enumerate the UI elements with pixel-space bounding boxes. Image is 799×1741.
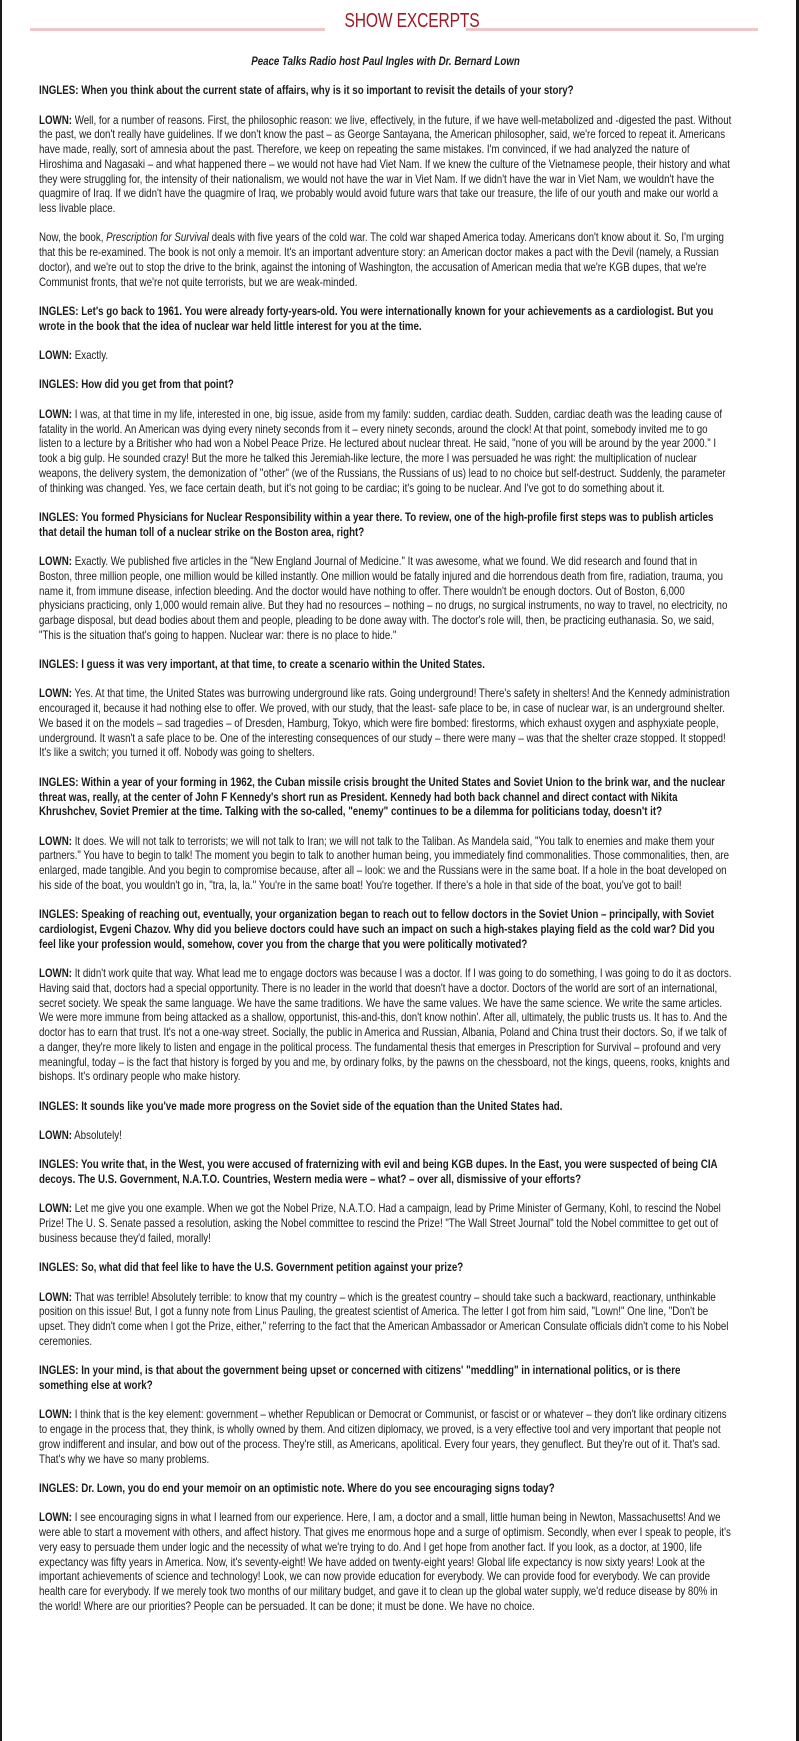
speaker-label-host: INGLES: <box>39 1364 79 1377</box>
host-question: INGLES: Let's go back to 1961. You were … <box>39 305 732 335</box>
speaker-label-guest: LOWN: <box>39 349 72 362</box>
speaker-label-guest: LOWN: <box>39 114 72 127</box>
speaker-label-guest: LOWN: <box>39 967 72 980</box>
interview-subtitle: Peace Talks Radio host Paul Ingles with … <box>39 55 732 70</box>
host-question: INGLES: Speaking of reaching out, eventu… <box>39 908 732 952</box>
host-question: INGLES: It sounds like you've made more … <box>39 1100 732 1115</box>
guest-answer-continued: Now, the book, Prescription for Survival… <box>39 231 732 290</box>
host-question: INGLES: You formed Physicians for Nuclea… <box>39 511 732 541</box>
host-question: INGLES: Within a year of your forming in… <box>39 776 732 820</box>
answer-text: Now, the book, <box>39 231 106 244</box>
guest-answer: LOWN: I see encouraging signs in what I … <box>39 1511 732 1614</box>
guest-answer: LOWN: It does. We will not talk to terro… <box>39 835 732 894</box>
question-text: Within a year of your forming in 1962, t… <box>39 776 725 819</box>
question-text: I guess it was very important, at that t… <box>79 658 485 671</box>
host-question: INGLES: I guess it was very important, a… <box>39 658 732 673</box>
guest-answer: LOWN: Absolutely! <box>39 1129 732 1144</box>
speaker-label-guest: LOWN: <box>39 1129 72 1142</box>
host-question: INGLES: Dr. Lown, you do end your memoir… <box>39 1482 732 1497</box>
speaker-label-host: INGLES: <box>39 776 79 789</box>
speaker-label-host: INGLES: <box>39 1482 79 1495</box>
answer-text: It didn't work quite that way. What lead… <box>39 967 731 1083</box>
question-text: You write that, in the West, you were ac… <box>39 1158 717 1186</box>
header-rule-left <box>30 28 325 31</box>
answer-text: Yes. At that time, the United States was… <box>39 687 730 759</box>
answer-text: Exactly. <box>72 349 108 362</box>
answer-text: That was terrible! Absolutely terrible: … <box>39 1291 728 1348</box>
speaker-label-host: INGLES: <box>39 1158 79 1171</box>
speaker-label-guest: LOWN: <box>39 1202 72 1215</box>
question-text: You formed Physicians for Nuclear Respon… <box>39 511 713 539</box>
page-frame: SHOW EXCERPTS Peace Talks Radio host Pau… <box>0 0 799 1741</box>
answer-text: Exactly. We published five articles in t… <box>39 555 727 642</box>
question-text: Speaking of reaching out, eventually, yo… <box>39 908 715 951</box>
question-text: When you think about the current state o… <box>79 84 574 97</box>
guest-answer: LOWN: It didn't work quite that way. Wha… <box>39 967 732 1085</box>
host-question: INGLES: When you think about the current… <box>39 84 732 99</box>
speaker-label-guest: LOWN: <box>39 408 72 421</box>
answer-text: Absolutely! <box>72 1129 122 1142</box>
host-question: INGLES: You write that, in the West, you… <box>39 1158 732 1188</box>
question-text: Dr. Lown, you do end your memoir on an o… <box>79 1482 555 1495</box>
guest-answer: LOWN: Well, for a number of reasons. Fir… <box>39 114 732 217</box>
question-text: How did you get from that point? <box>79 378 234 391</box>
guest-answer: LOWN: I think that is the key element: g… <box>39 1408 732 1467</box>
question-text: So, what did that feel like to have the … <box>79 1261 464 1274</box>
speaker-label-guest: LOWN: <box>39 555 72 568</box>
section-title: SHOW EXCERPTS <box>345 9 448 33</box>
speaker-label-guest: LOWN: <box>39 1291 72 1304</box>
answer-text: Let me give you one example. When we got… <box>39 1202 721 1245</box>
guest-answer: LOWN: Yes. At that time, the United Stat… <box>39 687 732 761</box>
speaker-label-host: INGLES: <box>39 378 79 391</box>
guest-answer: LOWN: That was terrible! Absolutely terr… <box>39 1291 732 1350</box>
answer-text: I was, at that time in my life, interest… <box>39 408 726 495</box>
section-header: SHOW EXCERPTS <box>30 9 758 35</box>
guest-answer: LOWN: Exactly. We published five article… <box>39 555 732 644</box>
header-rule-right <box>466 28 758 31</box>
answer-text: It does. We will not talk to terrorists;… <box>39 835 729 892</box>
book-title: Prescription for Survival <box>106 231 209 244</box>
question-text: It sounds like you've made more progress… <box>79 1100 563 1113</box>
speaker-label-host: INGLES: <box>39 511 79 524</box>
question-text: Let's go back to 1961. You were already … <box>39 305 713 333</box>
speaker-label-guest: LOWN: <box>39 835 72 848</box>
speaker-label-host: INGLES: <box>39 1100 79 1113</box>
answer-text: Well, for a number of reasons. First, th… <box>39 114 731 216</box>
host-question: INGLES: So, what did that feel like to h… <box>39 1261 732 1276</box>
speaker-label-guest: LOWN: <box>39 1408 72 1421</box>
speaker-label-guest: LOWN: <box>39 687 72 700</box>
guest-answer: LOWN: Let me give you one example. When … <box>39 1202 732 1246</box>
speaker-label-guest: LOWN: <box>39 1511 72 1524</box>
speaker-label-host: INGLES: <box>39 1261 79 1274</box>
host-question: INGLES: In your mind, is that about the … <box>39 1364 732 1394</box>
answer-text: I think that is the key element: governm… <box>39 1408 727 1465</box>
speaker-label-host: INGLES: <box>39 658 79 671</box>
host-question: INGLES: How did you get from that point? <box>39 378 732 393</box>
question-text: In your mind, is that about the governme… <box>39 1364 680 1392</box>
speaker-label-host: INGLES: <box>39 908 79 921</box>
exchange-list: INGLES: When you think about the current… <box>39 84 732 1614</box>
answer-text: I see encouraging signs in what I learne… <box>39 1511 731 1613</box>
guest-answer: LOWN: I was, at that time in my life, in… <box>39 408 732 497</box>
speaker-label-host: INGLES: <box>39 84 79 97</box>
guest-answer: LOWN: Exactly. <box>39 349 732 364</box>
interview-transcript: Peace Talks Radio host Paul Ingles with … <box>39 55 732 1629</box>
speaker-label-host: INGLES: <box>39 305 79 318</box>
